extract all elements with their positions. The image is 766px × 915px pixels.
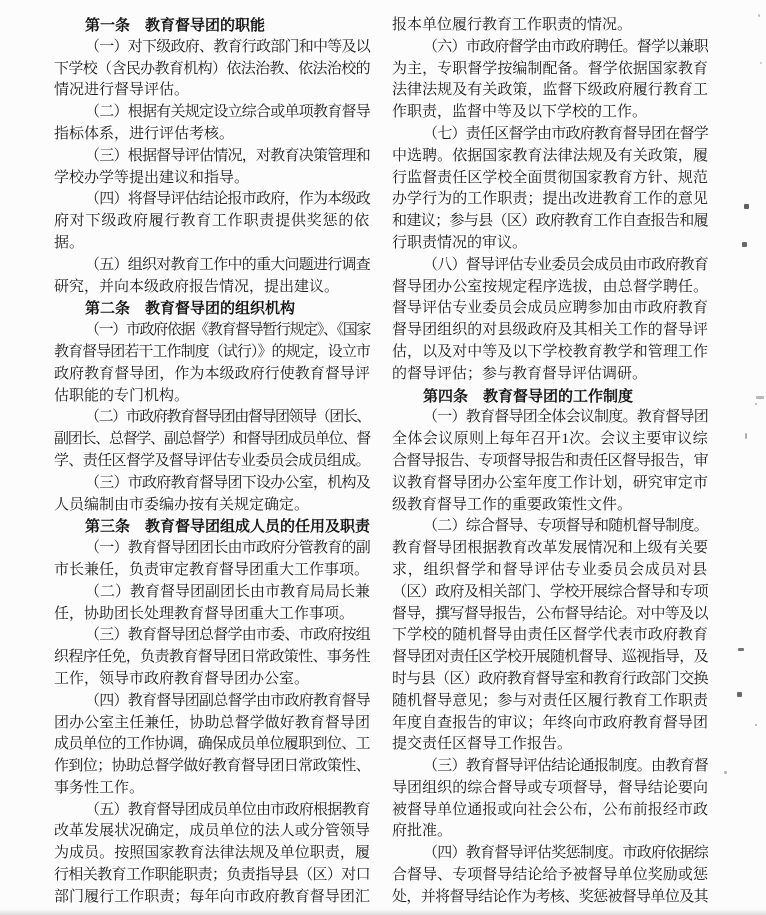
text-line-content: 督导团对责任区学校开展随机督导、巡视指导，及	[392, 647, 708, 669]
text-line: 学、责任区督学及督导评估专业委员会成员组成。	[54, 451, 370, 473]
scan-speck	[755, 403, 757, 405]
text-line-content: 工作，领导市政府教育督导团办公室。	[54, 669, 309, 691]
text-line-content: 被督导单位通报或向社会公布，公布前报经市政	[392, 800, 708, 822]
text-line: （二）市政府教育督导团由督导团领导（团长、	[54, 407, 370, 429]
scan-speck	[755, 724, 757, 726]
text-line: 副团长、总督学、副总督学）和督导团成员单位、督	[54, 429, 370, 451]
text-line-content: 政府教育督导团，作为本级政府行使教育督导评	[54, 364, 370, 386]
text-line-content: 第一条 教育督导团的职能	[85, 15, 265, 37]
scanned-document-page: 第一条 教育督导团的职能（一）对下级政府、教育行政部门和中等及以下学校（含民办教…	[0, 0, 766, 915]
text-line-content: 学、责任区督学及督导评估专业委员会成员组成。	[54, 451, 370, 473]
text-line-content: 府批准。	[392, 821, 452, 843]
scan-speck	[745, 433, 747, 439]
text-line: （八）督导评估专业委员会成员由市政府教育	[392, 255, 708, 277]
text-line: 为成员。按照国家教育法律法规及单位职责，履	[54, 843, 370, 865]
text-line-content: 为成员。按照国家教育法律法规及单位职责，履	[54, 843, 370, 865]
text-line: （四）将督导评估结论报市政府，作为本级政	[54, 189, 370, 211]
text-line-content: 研究，并向本级政府报告情况，提出建议。	[54, 277, 339, 299]
text-line: 研究，并向本级政府报告情况，提出建议。	[54, 277, 370, 299]
text-line: 市长兼任，负责审定教育督导团重大工作事项。	[54, 560, 370, 582]
text-line: 情况进行督导评估。	[54, 80, 370, 102]
text-line: （三）教育督导团总督学由市委、市政府按组	[54, 625, 370, 647]
text-line-content: 中选聘。依据国家教育法律法规及有关政策，履	[392, 146, 708, 168]
text-line-content: （区）政府及相关部门、学校开展综合督导和专项	[392, 582, 708, 604]
text-line-content: 法律法规及有关政策，监督下级政府履行教育工	[392, 80, 708, 102]
text-line: 合督导、专项督导结论给予被督导单位奖励或惩	[392, 865, 708, 887]
text-line: 改革发展状况确定，成员单位的法人或分管领导	[54, 821, 370, 843]
text-line-content: 报本单位履行教育工作职责的情况。	[392, 15, 632, 37]
text-line: （七）责任区督学由市政府教育督导团在督学	[392, 124, 708, 146]
text-line-content: 学校办学等提出建议和指导。	[54, 168, 249, 190]
text-line-content: 议教育督导团办公室年度工作计划，研究审定市	[392, 473, 708, 495]
text-line-content: （六）市政府督学由市政府聘任。督学以兼职	[423, 37, 708, 59]
text-line-content: （二）综合督导、专项督导和随机督导制度。	[423, 516, 708, 538]
text-line-content: 办学行为的工作职责；提出改进教育工作的意见	[392, 189, 708, 211]
text-line-content: 府对下级政府履行教育工作职责提供奖惩的依	[54, 211, 370, 233]
text-line: （区）政府及相关部门、学校开展综合督导和专项	[392, 582, 708, 604]
text-line-content: （三）根据督导评估情况，对教育决策管理和	[85, 146, 370, 168]
text-line-content: 督导团办公室按规定程序选拔，由总督学聘任。	[392, 277, 708, 299]
text-line: 行职责情况的审议。	[392, 233, 708, 255]
text-line-content: 督导，撰写督导报告，公布督导结论。对中等及以	[392, 604, 708, 626]
text-line-content: 的督导评估；参与教育督导评估调研。	[392, 364, 647, 386]
text-line-content: 织程序任免，负责教育督导团日常政策性、事务性	[54, 647, 370, 669]
text-line-content: 导团组织的综合督导或专项督导，督导结论要向	[392, 778, 708, 800]
text-line-content: 市长兼任，负责审定教育督导团重大工作事项。	[54, 560, 369, 582]
scan-speck	[724, 771, 727, 774]
text-line: （二）根据有关规定设立综合或单项教育督导	[54, 102, 370, 124]
text-line-content: 第二条 教育督导团的组织机构	[85, 298, 295, 320]
text-line: 作到位；协助总督学做好教育督导团日常政策性、	[54, 756, 370, 778]
text-line-content: 指标体系，进行评估考核。	[54, 124, 234, 146]
text-line: 的督导评估；参与教育督导评估调研。	[392, 364, 708, 386]
article-heading-line: 第一条 教育督导团的职能	[54, 15, 370, 37]
text-line: 提交责任区督导工作报告。	[392, 734, 708, 756]
scan-speck	[756, 396, 764, 399]
article-heading-line: 第二条 教育督导团的组织机构	[54, 298, 370, 320]
text-line-content: 第四条 教育督导团的工作制度	[423, 386, 633, 408]
text-line-content: 作到位；协助总督学做好教育督导团日常政策性、	[54, 756, 370, 778]
text-line-content: 督导评估专业委员会成员应聘参加由市政府教育	[392, 298, 708, 320]
text-line: 时与县（区）政府教育督导室和教育行政部门交换	[392, 669, 708, 691]
text-line: 被督导单位通报或向社会公布，公布前报经市政	[392, 800, 708, 822]
text-line: 作职责，监督中等及以下学校的工作。	[392, 102, 708, 124]
text-line: 府批准。	[392, 821, 708, 843]
page-bottom-edge-shadow	[0, 909, 766, 915]
text-line: （四）教育督导评估奖惩制度。市政府依据综	[392, 843, 708, 865]
text-line-content: 教育督导团若干工作制度（试行）》的规定，设立市	[54, 342, 370, 364]
text-line: 教育督导团根据教育改革发展情况和上级有关要	[392, 538, 708, 560]
text-line-content: （一）教育督导团团长由市政府分管教育的副	[85, 538, 370, 560]
text-line-content: 估，以及对中等及以下学校教育教学和管理工作	[392, 342, 708, 364]
text-line-content: （四）将督导评估结论报市政府，作为本级政	[85, 189, 370, 211]
scan-speck	[760, 62, 762, 64]
text-line: （三）市政府教育督导团下设办公室，机构及	[54, 473, 370, 495]
text-line-content: 提交责任区督导工作报告。	[392, 734, 572, 756]
text-line: 行监督责任区学校全面贯彻国家教育方针、规范	[392, 168, 708, 190]
text-line-content: 教育督导团根据教育改革发展情况和上级有关要	[392, 538, 708, 560]
text-line: 导团组织的综合督导或专项督导，督导结论要向	[392, 778, 708, 800]
text-line-content: （四）教育督导评估奖惩制度。市政府依据综	[423, 843, 708, 865]
text-line: 人员编制由市委编办按有关规定确定。	[54, 495, 370, 517]
text-line: 督导团办公室按规定程序选拔，由总督学聘任。	[392, 277, 708, 299]
text-line-content: 团办公室主任兼任，协助总督学做好教育督导团	[54, 713, 370, 735]
scan-speck	[744, 204, 749, 209]
text-line-content: 改革发展状况确定，成员单位的法人或分管领导	[54, 821, 370, 843]
text-line: 团办公室主任兼任，协助总督学做好教育督导团	[54, 713, 370, 735]
text-line-content: 人员编制由市委编办按有关规定确定。	[54, 495, 309, 517]
text-line: 织程序任免，负责教育督导团日常政策性、事务性	[54, 647, 370, 669]
text-line: 成员单位的工作协调，确保成员单位履职到位、工	[54, 734, 370, 756]
text-line-content: 事务性工作。	[54, 778, 144, 800]
text-line-content: 任，协助团长处理教育督导团重大工作事项。	[54, 604, 354, 626]
text-line: 行相关教育工作职能职责；负责指导县（区）对口	[54, 865, 370, 887]
text-line: 事务性工作。	[54, 778, 370, 800]
text-line-content: （五）教育督导团成员单位由市政府根据教育	[85, 800, 370, 822]
text-line-content: （二）教育督导团副团长由市教育局局长兼	[85, 582, 370, 604]
text-line: （五）组织对教育工作中的重大问题进行调查	[54, 255, 370, 277]
text-line: 和建议；参与县（区）政府教育工作自查报告和履	[392, 211, 708, 233]
text-line: 据。	[54, 233, 370, 255]
text-line-content: 全体会议原则上每年召开1次。会议主要审议综	[392, 429, 708, 451]
scan-speck	[758, 14, 760, 17]
text-line: （一）教育督导团全体会议制度。教育督导团	[392, 407, 708, 429]
text-line: 府对下级政府履行教育工作职责提供奖惩的依	[54, 211, 370, 233]
article-heading-line: 第三条 教育督导团组成人员的任用及职责	[54, 516, 370, 538]
text-line-content: （三）教育督导评估结论通报制度。由教育督	[423, 756, 708, 778]
text-line: （一）对下级政府、教育行政部门和中等及以	[54, 37, 370, 59]
text-line-content: 合督导报告、专项督导报告和责任区督导报告，审	[392, 451, 708, 473]
scan-speck	[742, 242, 747, 247]
text-line-content: （一）市政府依据《教育督导暂行规定》、《国家	[85, 320, 370, 342]
text-line-content: （四）教育督导团副总督学由市政府教育督导	[85, 691, 370, 713]
text-line: （三）根据督导评估情况，对教育决策管理和	[54, 146, 370, 168]
text-line: 政府教育督导团，作为本级政府行使教育督导评	[54, 364, 370, 386]
text-line-content: 作职责，监督中等及以下学校的工作。	[392, 102, 647, 124]
text-line: （二）教育督导团副团长由市教育局局长兼	[54, 582, 370, 604]
text-line-content: 督导团组织的对县级政府及其相关工作的督导评	[392, 320, 708, 342]
text-line: （三）教育督导评估结论通报制度。由教育督	[392, 756, 708, 778]
text-line-content: 下学校的随机督导由责任区督学代表市政府教育	[392, 625, 708, 647]
text-line-content: 副团长、总督学、副总督学）和督导团成员单位、督	[54, 429, 370, 451]
text-line: 下学校的随机督导由责任区督学代表市政府教育	[392, 625, 708, 647]
text-line: 指标体系，进行评估考核。	[54, 124, 370, 146]
text-line: 部门履行工作职责；每年向市政府教育督导团汇	[54, 887, 370, 909]
text-line-content: （一）对下级政府、教育行政部门和中等及以	[85, 37, 370, 59]
text-line: （一）市政府依据《教育督导暂行规定》、《国家	[54, 320, 370, 342]
text-line: 为主，专职督学按编制配备。督学依据国家教育	[392, 59, 708, 81]
text-line-content: （三）市政府教育督导团下设办公室，机构及	[85, 473, 370, 495]
text-line-content: 行相关教育工作职能职责；负责指导县（区）对口	[54, 865, 370, 887]
text-line: 报本单位履行教育工作职责的情况。	[392, 15, 708, 37]
text-line-content: 据。	[54, 233, 84, 255]
text-line: 议教育督导团办公室年度工作计划，研究审定市	[392, 473, 708, 495]
text-line-content: （二）市政府教育督导团由督导团领导（团长、	[85, 407, 370, 429]
text-line-content: 和建议；参与县（区）政府教育工作自查报告和履	[392, 211, 708, 233]
text-line-content: 求，组织督学和督导评估专业委员会成员对县	[392, 560, 708, 582]
text-line-content: 时与县（区）政府教育督导室和教育行政部门交换	[392, 669, 708, 691]
text-line-content: （三）教育督导团总督学由市委、市政府按组	[85, 625, 370, 647]
text-line-content: （七）责任区督学由市政府教育督导团在督学	[423, 124, 708, 146]
text-line-content: 处，并将督导结论作为考核、奖惩被督导单位及其	[392, 887, 708, 909]
right-text-column: 报本单位履行教育工作职责的情况。（六）市政府督学由市政府聘任。督学以兼职为主，专…	[392, 15, 708, 909]
text-line: 督导团组织的对县级政府及其相关工作的督导评	[392, 320, 708, 342]
text-line: （五）教育督导团成员单位由市政府根据教育	[54, 800, 370, 822]
text-line: 督导评估专业委员会成员应聘参加由市政府教育	[392, 298, 708, 320]
text-line-content: 合督导、专项督导结论给予被督导单位奖励或惩	[392, 865, 708, 887]
text-line: 工作，领导市政府教育督导团办公室。	[54, 669, 370, 691]
text-line: 年度自查报告的审议；年终向市政府教育督导团	[392, 713, 708, 735]
text-line: 教育督导团若干工作制度（试行）》的规定，设立市	[54, 342, 370, 364]
article-heading-line: 第四条 教育督导团的工作制度	[392, 386, 708, 408]
text-line-content: 年度自查报告的审议；年终向市政府教育督导团	[392, 713, 708, 735]
text-line: 处，并将督导结论作为考核、奖惩被督导单位及其	[392, 887, 708, 909]
scan-speck	[737, 692, 742, 697]
text-line-content: 成员单位的工作协调，确保成员单位履职到位、工	[54, 734, 370, 756]
text-line-content: 下学校（含民办教育机构）依法治教、依法治校的	[54, 59, 370, 81]
text-line-content: 行职责情况的审议。	[392, 233, 527, 255]
text-line: 随机督导意见；参与对责任区履行教育工作职责	[392, 691, 708, 713]
text-line: 估职能的专门机构。	[54, 386, 370, 408]
text-line-content: （一）教育督导团全体会议制度。教育督导团	[423, 407, 708, 429]
text-line: （二）综合督导、专项督导和随机督导制度。	[392, 516, 708, 538]
text-line: 学校办学等提出建议和指导。	[54, 168, 370, 190]
text-line: 合督导报告、专项督导报告和责任区督导报告，审	[392, 451, 708, 473]
scan-speck	[738, 648, 744, 651]
left-text-column: 第一条 教育督导团的职能（一）对下级政府、教育行政部门和中等及以下学校（含民办教…	[54, 15, 370, 909]
text-line: 中选聘。依据国家教育法律法规及有关政策，履	[392, 146, 708, 168]
text-line-content: 估职能的专门机构。	[54, 386, 189, 408]
text-line: （一）教育督导团团长由市政府分管教育的副	[54, 538, 370, 560]
text-line-content: 第三条 教育督导团组成人员的任用及职责	[85, 516, 370, 538]
text-line: 级教育督导工作的重要政策性文件。	[392, 495, 708, 517]
text-line: 法律法规及有关政策，监督下级政府履行教育工	[392, 80, 708, 102]
text-line-content: 为主，专职督学按编制配备。督学依据国家教育	[392, 59, 708, 81]
text-line-content: 级教育督导工作的重要政策性文件。	[392, 495, 632, 517]
text-line: 估，以及对中等及以下学校教育教学和管理工作	[392, 342, 708, 364]
text-line: 求，组织督学和督导评估专业委员会成员对县	[392, 560, 708, 582]
text-line: （六）市政府督学由市政府聘任。督学以兼职	[392, 37, 708, 59]
scan-speck	[366, 203, 368, 205]
text-line-content: （二）根据有关规定设立综合或单项教育督导	[85, 102, 370, 124]
text-line-content: 随机督导意见；参与对责任区履行教育工作职责	[392, 691, 708, 713]
text-line: 任，协助团长处理教育督导团重大工作事项。	[54, 604, 370, 626]
text-line: 下学校（含民办教育机构）依法治教、依法治校的	[54, 59, 370, 81]
text-line-content: （五）组织对教育工作中的重大问题进行调查	[85, 255, 370, 277]
text-line-content: 行监督责任区学校全面贯彻国家教育方针、规范	[392, 168, 708, 190]
text-line-content: 情况进行督导评估。	[54, 80, 189, 102]
text-line: 全体会议原则上每年召开1次。会议主要审议综	[392, 429, 708, 451]
text-line: 督导，撰写督导报告，公布督导结论。对中等及以	[392, 604, 708, 626]
text-line-content: 部门履行工作职责；每年向市政府教育督导团汇	[54, 887, 370, 909]
text-line: （四）教育督导团副总督学由市政府教育督导	[54, 691, 370, 713]
text-line: 督导团对责任区学校开展随机督导、巡视指导，及	[392, 647, 708, 669]
text-line-content: （八）督导评估专业委员会成员由市政府教育	[423, 255, 708, 277]
text-line: 办学行为的工作职责；提出改进教育工作的意见	[392, 189, 708, 211]
